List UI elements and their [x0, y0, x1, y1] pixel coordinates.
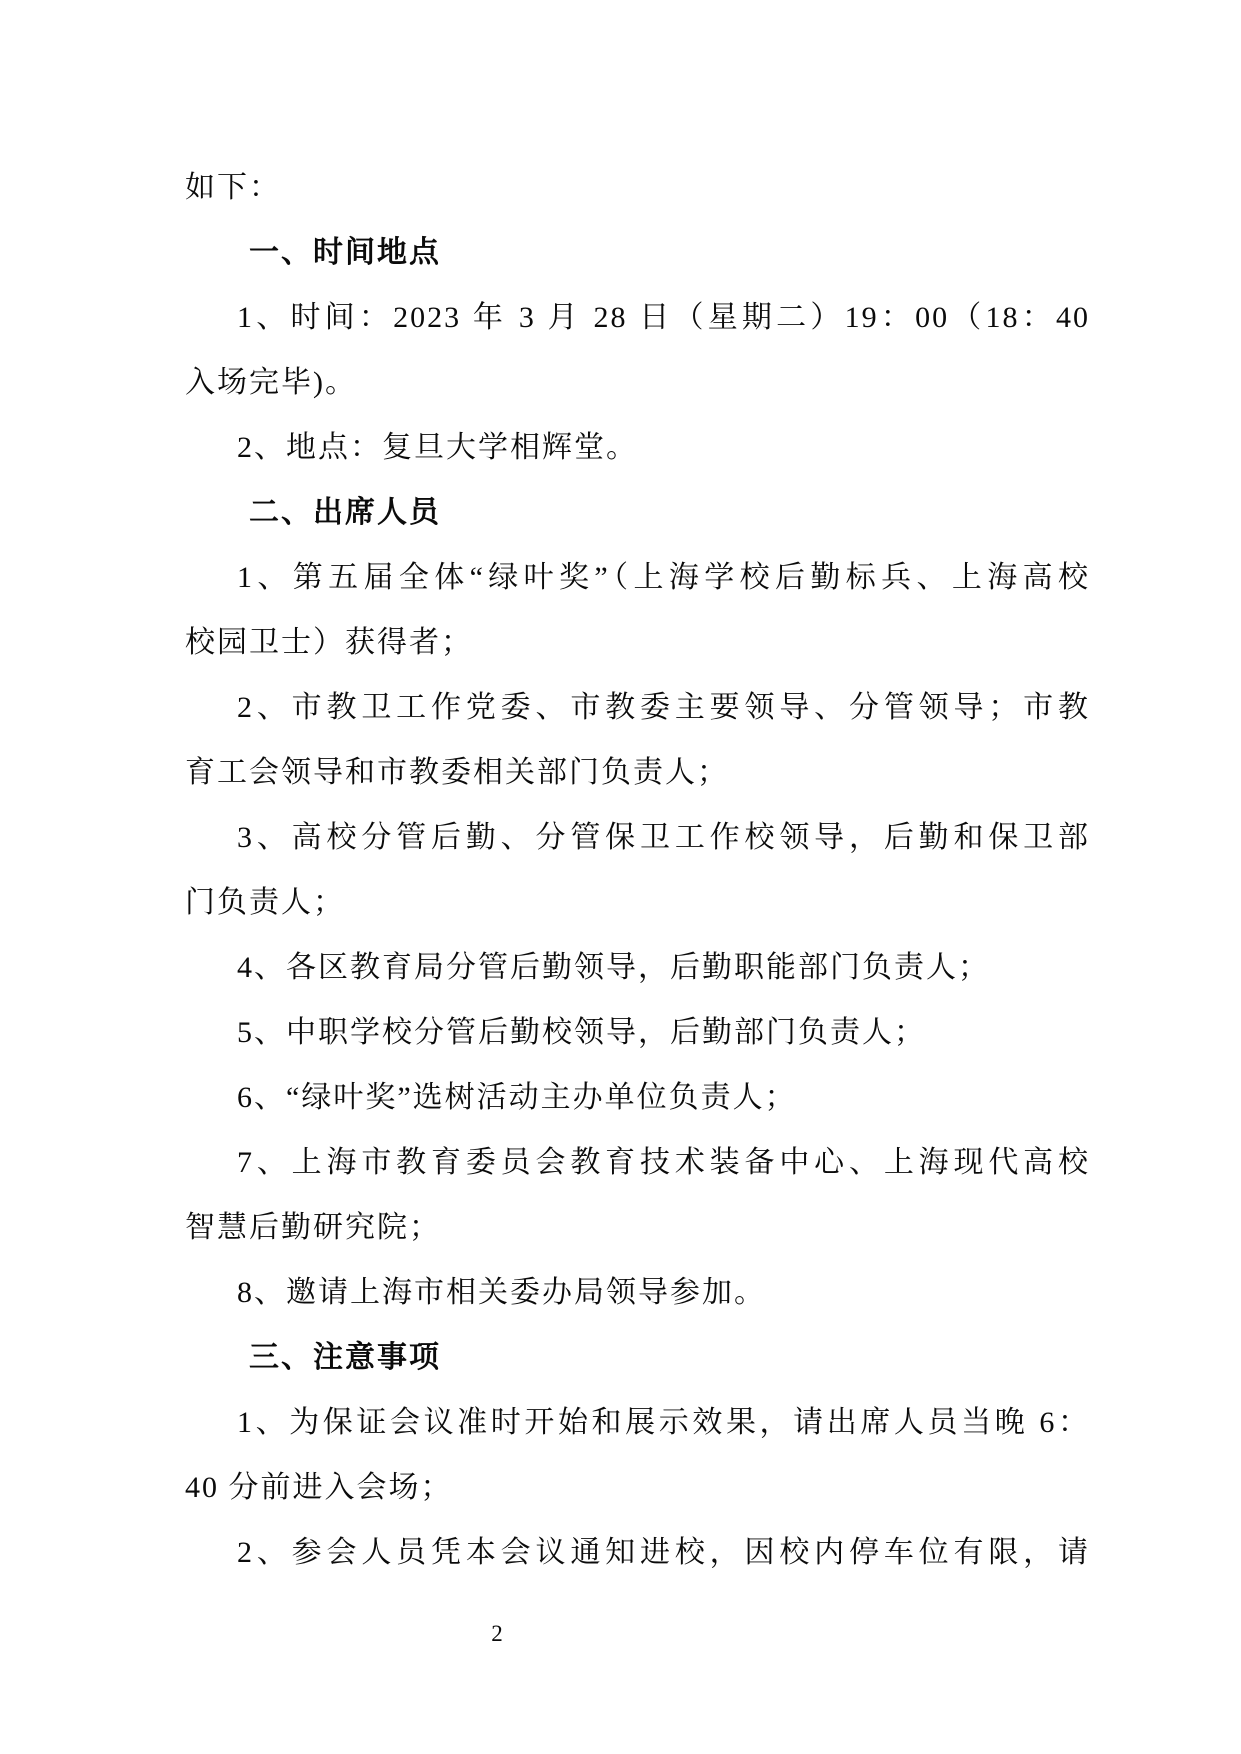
text-line: 8、邀请上海市相关委办局领导参加。: [185, 1260, 1090, 1325]
text-line: 7、上海市教育委员会教育技术装备中心、上海现代高校: [185, 1130, 1090, 1195]
text-line: 育工会领导和市教委相关部门负责人；: [185, 740, 1090, 805]
text-line: 2、市教卫工作党委、市教委主要领导、分管领导；市教: [185, 675, 1090, 740]
text-line: 2、地点：复旦大学相辉堂。: [185, 415, 1090, 480]
text-line: 2、参会人员凭本会议通知进校，因校内停车位有限，请: [185, 1520, 1090, 1585]
text-line: 1、时间：2023 年 3 月 28 日（星期二）19：00（18：40: [185, 285, 1090, 350]
section-heading-1: 一、时间地点: [185, 220, 1090, 285]
text-line: 40 分前进入会场；: [185, 1455, 1090, 1520]
text-line: 如下：: [185, 155, 1090, 220]
document-page: 如下： 一、时间地点 1、时间：2023 年 3 月 28 日（星期二）19：0…: [0, 0, 1241, 1754]
text-line: 1、为保证会议准时开始和展示效果，请出席人员当晚 6：: [185, 1390, 1090, 1455]
text-line: 3、高校分管后勤、分管保卫工作校领导，后勤和保卫部: [185, 805, 1090, 870]
text-line: 门负责人；: [185, 870, 1090, 935]
section-heading-2: 二、出席人员: [185, 480, 1090, 545]
text-line: 5、中职学校分管后勤校领导，后勤部门负责人；: [185, 1000, 1090, 1065]
text-line: 4、各区教育局分管后勤领导，后勤职能部门负责人；: [185, 935, 1090, 1000]
page-number: 2: [482, 1614, 512, 1654]
text-line: 校园卫士）获得者；: [185, 610, 1090, 675]
text-line: 入场完毕)。: [185, 350, 1090, 415]
text-line: 6、“绿叶奖”选树活动主办单位负责人；: [185, 1065, 1090, 1130]
text-line: 智慧后勤研究院；: [185, 1195, 1090, 1260]
document-body: 如下： 一、时间地点 1、时间：2023 年 3 月 28 日（星期二）19：0…: [185, 155, 1090, 1585]
section-heading-3: 三、注意事项: [185, 1325, 1090, 1390]
text-line: 1、第五届全体“绿叶奖”（上海学校后勤标兵、上海高校: [185, 545, 1090, 610]
